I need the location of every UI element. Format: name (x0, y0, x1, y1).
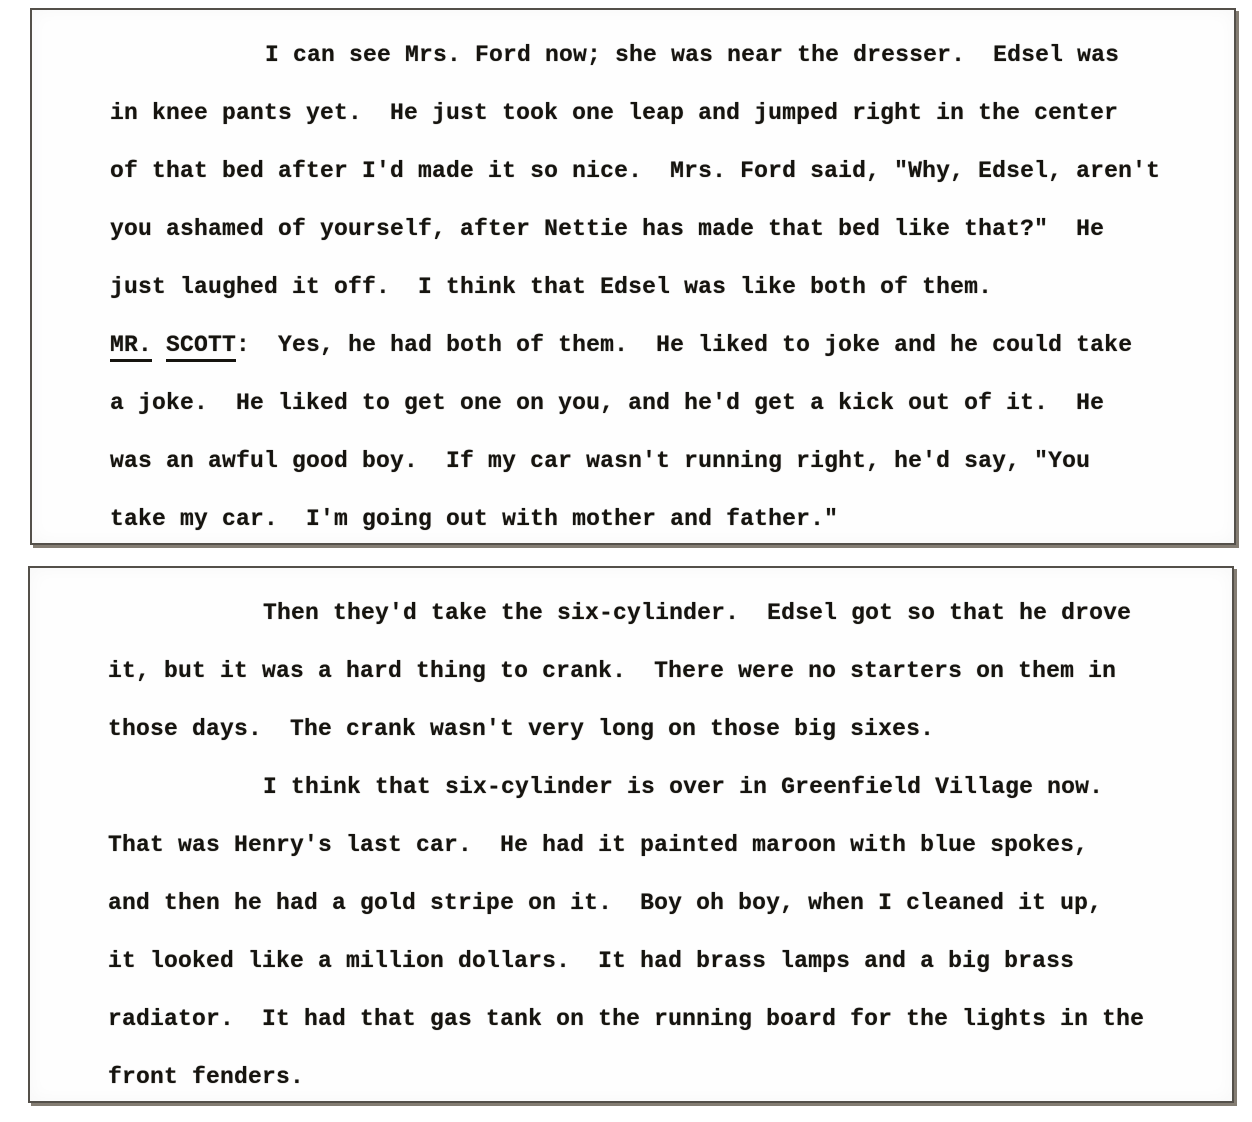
speaker-label: MR. (110, 332, 152, 362)
text-line: take my car. I'm going out with mother a… (110, 490, 1220, 548)
text-segment: I can see Mrs. Ford now; she was near th… (265, 42, 1119, 68)
document-scan: I can see Mrs. Ford now; she was near th… (0, 0, 1252, 1122)
text-segment: take my car. I'm going out with mother a… (110, 506, 838, 532)
text-segment: just laughed it off. I think that Edsel … (110, 274, 992, 300)
text-line: of that bed after I'd made it so nice. M… (110, 142, 1220, 200)
speaker-label: SCOTT (166, 332, 236, 362)
text-segment (152, 332, 166, 358)
text-segment: : Yes, he had both of them. He liked to … (236, 332, 1132, 358)
text-segment: it, but it was a hard thing to crank. Th… (108, 658, 1116, 684)
text-line: front fenders. (108, 1048, 1218, 1106)
text-line: it, but it was a hard thing to crank. Th… (108, 642, 1218, 700)
text-segment: was an awful good boy. If my car wasn't … (110, 448, 1090, 474)
text-segment: you ashamed of yourself, after Nettie ha… (110, 216, 1104, 242)
page-1-text: I can see Mrs. Ford now; she was near th… (110, 26, 1220, 548)
page-scan-1: I can see Mrs. Ford now; she was near th… (30, 8, 1236, 545)
page-scan-2: Then they'd take the six-cylinder. Edsel… (28, 566, 1234, 1103)
text-segment: radiator. It had that gas tank on the ru… (108, 1006, 1144, 1032)
text-line: just laughed it off. I think that Edsel … (110, 258, 1220, 316)
text-segment: of that bed after I'd made it so nice. M… (110, 158, 1160, 184)
text-line: was an awful good boy. If my car wasn't … (110, 432, 1220, 490)
text-line: radiator. It had that gas tank on the ru… (108, 990, 1218, 1048)
text-segment: That was Henry's last car. He had it pai… (108, 832, 1088, 858)
text-line: I can see Mrs. Ford now; she was near th… (110, 26, 1220, 84)
text-segment: those days. The crank wasn't very long o… (108, 716, 934, 742)
page-2-text: Then they'd take the six-cylinder. Edsel… (108, 584, 1218, 1106)
text-segment: front fenders. (108, 1064, 304, 1090)
text-segment: in knee pants yet. He just took one leap… (110, 100, 1118, 126)
text-segment: and then he had a gold stripe on it. Boy… (108, 890, 1102, 916)
text-line: you ashamed of yourself, after Nettie ha… (110, 200, 1220, 258)
text-line: it looked like a million dollars. It had… (108, 932, 1218, 990)
text-segment: Then they'd take the six-cylinder. Edsel… (263, 600, 1131, 626)
text-segment: I think that six-cylinder is over in Gre… (263, 774, 1103, 800)
text-line: a joke. He liked to get one on you, and … (110, 374, 1220, 432)
text-segment: it looked like a million dollars. It had… (108, 948, 1074, 974)
text-line: That was Henry's last car. He had it pai… (108, 816, 1218, 874)
text-line: and then he had a gold stripe on it. Boy… (108, 874, 1218, 932)
text-line: MR. SCOTT: Yes, he had both of them. He … (110, 316, 1220, 374)
text-line: those days. The crank wasn't very long o… (108, 700, 1218, 758)
text-line: in knee pants yet. He just took one leap… (110, 84, 1220, 142)
text-segment: a joke. He liked to get one on you, and … (110, 390, 1104, 416)
text-line: Then they'd take the six-cylinder. Edsel… (108, 584, 1218, 642)
text-line: I think that six-cylinder is over in Gre… (108, 758, 1218, 816)
